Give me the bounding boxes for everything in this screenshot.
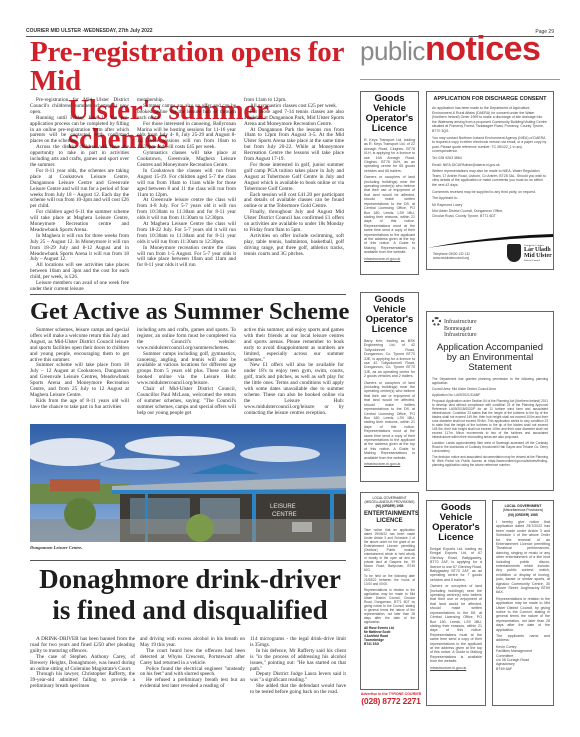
dept-name-ulster-scots: Infrastructure [432,332,548,338]
notice-paragraph: An application has been made to the Depa… [432,106,548,134]
applicant-address: Circular Road, County Tyrone, BT71 6DT [432,214,548,219]
article2-col1: Summer schemes, leisure camps and specia… [30,328,129,411]
article2-col3: active this summer, and enjoy sports and… [244,328,344,417]
paragraph: For those interested in golf, junior sum… [244,163,344,193]
notice-paragraph: I hereby give notice that application da… [496,520,550,595]
notice-paragraph: Emigal Exports Ltd, trading as Emigal Ex… [430,547,482,582]
leisure-centre-image: LEISURE CENTRE [30,424,346,542]
divider [30,560,346,561]
goods-vehicle-licence-notice-3: Goods Vehicle Operator's Licence Emigal … [426,500,486,706]
article1-col1: Pre-registration for Mid Ulster District… [30,98,129,293]
article3-headline: Donaghmore drink-driver is fined and dis… [30,564,350,626]
paragraph: In Moneymore recreation centre the class… [137,246,236,270]
paragraph: Summer camps including golf, gymnastics,… [137,352,236,387]
council-logo: Comhairle Ceantair Lár Uladh Mid Ulster … [524,244,552,262]
notice-paragraph: Comments received may be supplied to any… [432,190,548,195]
notice-title: Goods Vehicle Operator's Licence [364,295,415,335]
council-website[interactable]: www.midulstercouncil.org [433,256,470,260]
paragraph: He refused a preliminary breath test but… [140,678,245,690]
paragraph: In Cookstown the classes will run from A… [137,169,236,199]
paragraph: Activities on offer include swimming, so… [244,234,344,258]
paragraph: In Maghera it will run for three weeks f… [30,234,129,264]
paragraph: The case of Stephen Anthony Carey, of Br… [30,655,135,673]
notice-paragraph: The decision notice and associated docum… [432,455,548,467]
paragraph: Summer scheme will take place from 18 Ju… [30,363,129,398]
paragraph: For those aged 7-14 tennis classes are a… [244,110,344,128]
paragraph: A DRINK-DRIVER has been banned from the … [30,637,135,655]
council-crest-icon [507,244,521,262]
paragraph: Finally, throughout July and August Mid … [244,210,344,234]
article1-col2: membership. Summer camps are also on off… [137,98,236,269]
paragraph: including arts and crafts, games and spo… [137,328,236,352]
paragraph: For 8-11 year olds, the schemes are taki… [30,169,129,210]
notice-paragraph: The applicants name and address: [496,634,550,643]
paragraph: For children aged 6-11 the summer scheme… [30,210,129,234]
paragraph: At Dungannon Park the lessons run from 1… [244,128,344,163]
notice-paragraph: Proposal: Application under Section 54 o… [432,399,548,439]
applicant-line: BT41 3SG [364,642,415,646]
leisure-centre-photo: LEISURE CENTRE [30,424,346,542]
headline-line: is fined and disqualified [30,595,350,626]
notice-title: Goods Vehicle Operator's Licence [430,503,482,543]
paragraph: active this summer, and enjoy sports and… [244,328,344,363]
paragraph: Across the district children will have t… [30,145,129,169]
notice-title: APPLICATION FOR DISCHARGE CONSENT [432,96,548,102]
website-link[interactable]: infrastructure-ni.gov.uk [430,666,482,670]
paragraph: Through his lawyer, Christopher Rafferty… [30,672,135,690]
paragraph: At Greenvale leisure centre the class wi… [137,198,236,222]
website-link[interactable]: infrastructure-ni.gov.uk [364,462,415,466]
entertainments-licence-notice: LOCAL GOVERNMENT (MISCELLANEOUS PROVISIO… [360,492,419,690]
notice-heading: (NI) (ORDER) 1985 [364,504,415,508]
local-government-notice: LOCAL GOVERNMENT (Miscellaneous Provisio… [492,500,554,706]
email[interactable]: Email: NIEA.DICAPAdmin@daera-ni.gov.uk [432,163,548,168]
paragraph: Gymnastics classes will take place at Co… [137,151,236,169]
applicant-name: Mr Raymond Lowry [432,203,548,208]
notice-paragraph: Owners or occupiers of land (including b… [364,175,415,254]
paragraph: For those interested in canoeing, Ballyr… [137,122,236,152]
notice-title: ENTERTAINMENTS LICENCE [364,511,415,525]
paragraph: Running until Friday, June 17, the pre-a… [30,116,129,146]
article2-headline: Get Active as Summer Schemes Return [30,298,350,326]
article3-col2: and driving with excess alcohol in his b… [140,637,245,690]
applicant-label: The Applicant is: [432,196,548,201]
public-notices-title: publicnotices [360,30,560,80]
headline-line: Pre-registration opens for Mid [30,38,350,96]
website-link[interactable]: infrastructure-ni.gov.uk [364,257,415,261]
goods-vehicle-licence-notice-2: Goods Vehicle Operator's Licence Barry K… [360,292,419,482]
dept-infrastructure-logo: Infrastructure [432,317,548,326]
notice-title: Application Accompanied by an Environmen… [432,343,548,373]
telephone: Tel: 028 9263 3884 [432,156,548,161]
divider [30,294,346,295]
svg-text:LEISURE: LEISURE [270,504,296,510]
article3-col3: 114 micrograms - the legal drink-drive l… [250,637,346,696]
notice-title: Goods Vehicle Operator's Licence [364,94,415,134]
discharge-consent-notice: APPLICATION FOR DISCHARGE CONSENT An app… [426,91,554,236]
paragraph: Pre-registration for Mid Ulster District… [30,98,129,116]
advert-phone[interactable]: (028) 8772 2271 [360,696,422,706]
paragraph: Kids from the age of 8-11 years old will… [30,399,129,411]
notice-paragraph: Location: Lands approximately 5km west o… [432,441,548,453]
notice-paragraph: R. Keys Transport Ltd, trading as R. Key… [364,138,415,173]
goods-vehicle-licence-notice-1: Goods Vehicle Operator's Licence R. Keys… [360,91,419,275]
notice-paragraph: Representations in relation to the appli… [364,588,415,624]
tyrone-courier-advert: Advertise in the TYRONE COURIER (028) 87… [360,692,422,706]
svg-text:CENTRE: CENTRE [272,512,297,518]
headline-line: Donaghmore drink-driver [30,564,350,595]
dept-emblem-icon [432,317,441,326]
notice-paragraph: Owners or occupiers of land (including b… [364,381,415,460]
article2-col2: including arts and crafts, games and spo… [137,328,236,417]
notice-heading: (NI) (ORDER) 1985 [496,513,550,517]
paragraph: She added that the defendant would have … [250,684,346,696]
council-area: Council Area: Mid Ulster District Counci… [432,387,548,391]
notice-paragraph: The Department has granted planning perm… [432,377,548,385]
notice-paragraph: Owners or occupiers of land (including b… [430,584,482,663]
photo-caption: Dungannon Leisure Centre. [30,545,82,550]
paragraph: Chair of Mid-Ulster District Council, Co… [137,387,236,417]
environmental-statement-notice: Infrastructure Bonneagair Infrastructure… [426,311,554,491]
paragraph: Leisure members can avail of one week fr… [30,281,129,293]
paragraph: The court heard how the offences had bee… [140,649,245,667]
publication-line: COURIER MID ULSTER -WEDNESDAY, 27th July… [26,28,153,34]
notice-paragraph: To be held on the following date 21/08/2… [364,574,415,586]
notice-paragraph: You may contact Northern Ireland Environ… [432,136,548,154]
article1-col3: from 11am to 12pm. All gymnastics classe… [244,98,344,257]
paragraph: Each session will cost £41.20 per partic… [244,193,344,211]
paragraph: At Maghera Leisure Centre the class will… [137,222,236,246]
notice-paragraph: Written representations may also be made… [432,169,548,187]
paragraph: New £1 offers will also be available for… [244,363,344,416]
title-bold: notices [425,30,541,68]
notice-paragraph: Representations in relation to the appli… [496,597,550,632]
notice-paragraph: Take notice that an application dated 29… [364,528,415,572]
paragraph: In his defence, Mr Rafferty said his cli… [250,649,346,673]
notice-heading: (Miscellaneous Provisions) [496,508,550,512]
paragraph: Summer schemes, leisure camps and specia… [30,328,129,363]
council-footer: Telephone 03000 132 132 www.midulstercou… [426,234,554,270]
article3-col1: A DRINK-DRIVER has been banned from the … [30,637,135,690]
title-light: public [360,36,425,66]
application-number: Application No: LA09/2021/1168/F [432,393,548,397]
paragraph: Summer camps are also on offer and can b… [137,104,236,122]
paragraph: All locations will see activities take p… [30,263,129,281]
applicant-line: BT69 6AF [496,667,550,671]
notice-paragraph: Barry Kerr, trading as BSK Engineering L… [364,339,415,379]
